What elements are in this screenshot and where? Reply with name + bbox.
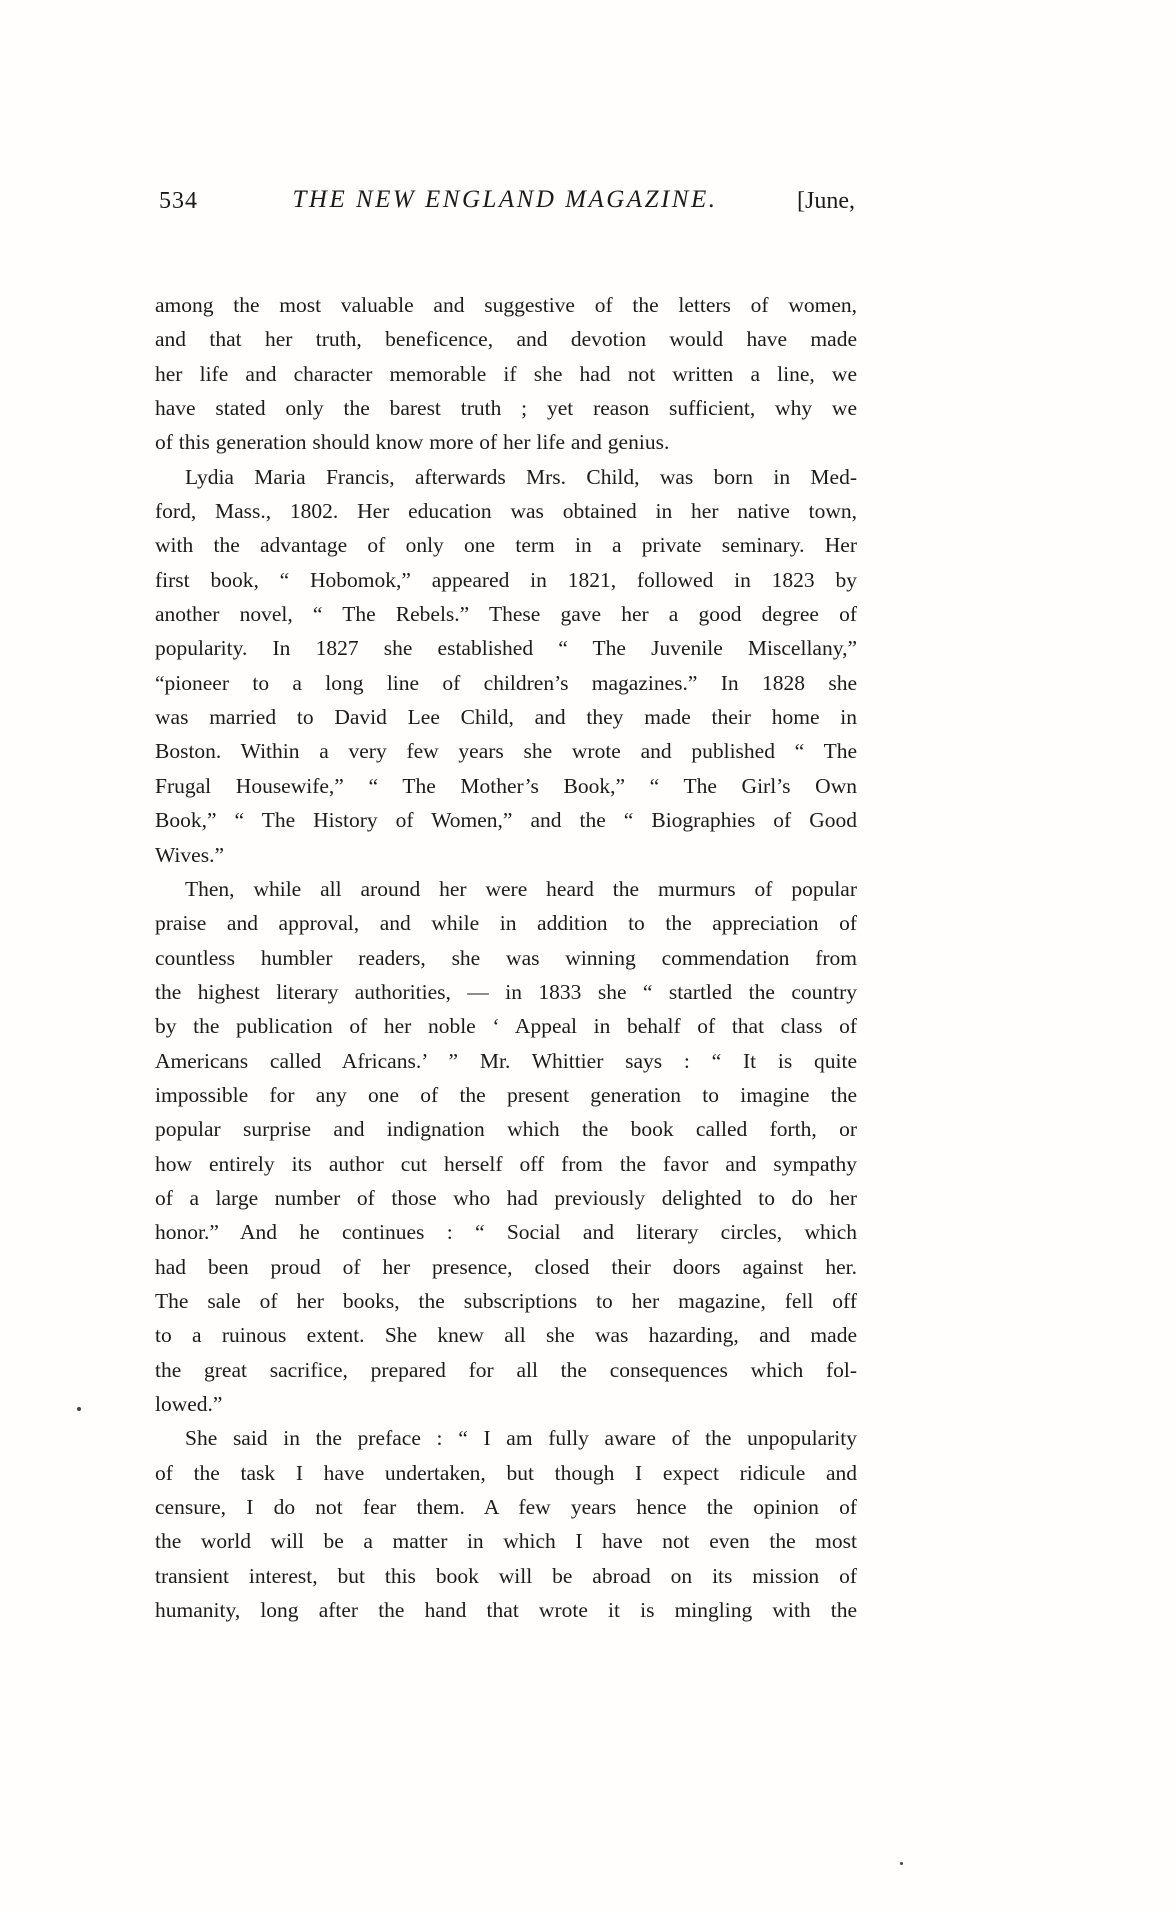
scan-speck — [900, 1862, 903, 1865]
paragraph: among the most valuable and suggestive o… — [155, 288, 857, 460]
scan-speck — [77, 1407, 81, 1411]
text-line: praise and approval, and while in additi… — [155, 906, 857, 940]
text-line: censure, I do not fear them. A few years… — [155, 1490, 857, 1524]
page-number: 534 — [159, 188, 198, 215]
text-line: her life and character memorable if she … — [155, 357, 857, 391]
text-line: honor.” And he continues : “ Social and … — [155, 1215, 857, 1249]
text-line: Boston. Within a very few years she wrot… — [155, 734, 857, 768]
paragraph: Then, while all around her were heard th… — [155, 872, 857, 1422]
text-line: the great sacrifice, prepared for all th… — [155, 1353, 857, 1387]
text-line: another novel, “ The Rebels.” These gave… — [155, 597, 857, 631]
text-line: the highest literary authorities, — in 1… — [155, 975, 857, 1009]
text-line: and that her truth, beneficence, and dev… — [155, 322, 857, 356]
text-line: among the most valuable and suggestive o… — [155, 288, 857, 322]
page-body: among the most valuable and suggestive o… — [155, 288, 857, 1627]
text-line: countless humbler readers, she was winni… — [155, 941, 857, 975]
text-line: to a ruinous extent. She knew all she wa… — [155, 1318, 857, 1352]
text-line: transient interest, but this book will b… — [155, 1559, 857, 1593]
text-line: Lydia Maria Francis, afterwards Mrs. Chi… — [155, 460, 857, 494]
text-line: have stated only the barest truth ; yet … — [155, 391, 857, 425]
text-line: Americans called Africans.’ ” Mr. Whitti… — [155, 1044, 857, 1078]
text-line: “pioneer to a long line of children’s ma… — [155, 666, 857, 700]
text-line: The sale of her books, the subscriptions… — [155, 1284, 857, 1318]
magazine-title: THE NEW ENGLAND MAGAZINE. — [293, 186, 718, 214]
text-line: popular surprise and indignation which t… — [155, 1112, 857, 1146]
text-line: of the task I have undertaken, but thoug… — [155, 1456, 857, 1490]
text-line: was married to David Lee Child, and they… — [155, 700, 857, 734]
text-line: first book, “ Hobomok,” appeared in 1821… — [155, 563, 857, 597]
text-line: the world will be a matter in which I ha… — [155, 1524, 857, 1558]
page-header: 534 THE NEW ENGLAND MAGAZINE. [June, — [155, 186, 855, 218]
text-line: had been proud of her presence, closed t… — [155, 1250, 857, 1284]
magazine-page: 534 THE NEW ENGLAND MAGAZINE. [June, amo… — [0, 0, 1176, 1912]
text-line: lowed.” — [155, 1387, 857, 1421]
text-line: of a large number of those who had previ… — [155, 1181, 857, 1215]
text-line: how entirely its author cut herself off … — [155, 1147, 857, 1181]
text-line: with the advantage of only one term in a… — [155, 528, 857, 562]
text-line: Wives.” — [155, 838, 857, 872]
text-line: by the publication of her noble ‘ Appeal… — [155, 1009, 857, 1043]
text-line: humanity, long after the hand that wrote… — [155, 1593, 857, 1627]
text-line: Book,” “ The History of Women,” and the … — [155, 803, 857, 837]
text-line: She said in the preface : “ I am fully a… — [155, 1421, 857, 1455]
paragraph: Lydia Maria Francis, afterwards Mrs. Chi… — [155, 460, 857, 872]
text-line: Then, while all around her were heard th… — [155, 872, 857, 906]
text-line: ford, Mass., 1802. Her education was obt… — [155, 494, 857, 528]
text-line: popularity. In 1827 she established “ Th… — [155, 631, 857, 665]
issue-date: [June, — [797, 188, 855, 215]
paragraph: She said in the preface : “ I am fully a… — [155, 1421, 857, 1627]
text-line: Frugal Housewife,” “ The Mother’s Book,”… — [155, 769, 857, 803]
text-line: of this generation should know more of h… — [155, 425, 857, 459]
text-line: impossible for any one of the present ge… — [155, 1078, 857, 1112]
